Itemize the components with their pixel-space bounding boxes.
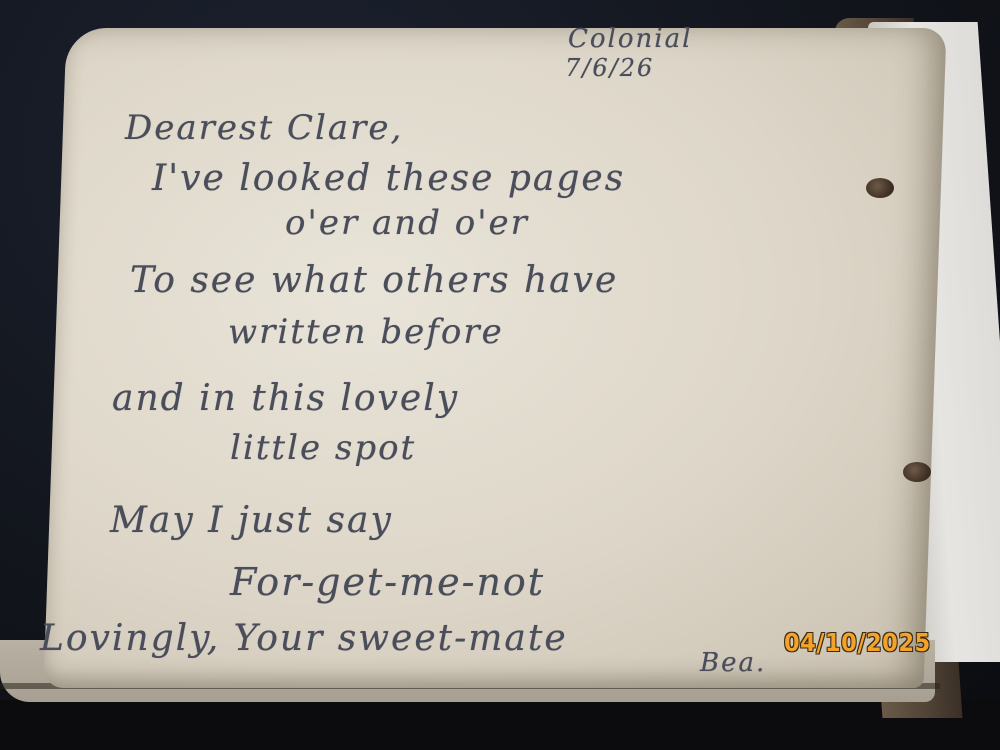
inscription-line: and in this lovely — [112, 378, 459, 419]
inscription-line: written before — [228, 312, 504, 352]
inscription-line: little spot — [230, 428, 416, 468]
binding-cord-knot — [903, 462, 931, 482]
table-surface — [0, 700, 1000, 750]
inscription-line: I've looked these pages — [152, 158, 625, 199]
header-date: 7/6/26 — [565, 54, 654, 82]
inscription-line: To see what others have — [130, 260, 618, 301]
inscription-signature: Bea. — [700, 648, 766, 678]
inscription-line: Dearest Clare, — [125, 108, 403, 148]
inscription-line: For-get-me-not — [230, 560, 545, 604]
camera-date-stamp: 04/10/2025 — [784, 628, 931, 657]
header-place: Colonial — [568, 24, 692, 54]
inscription-signoff: Lovingly, Your sweet-mate — [40, 618, 568, 659]
inscription-line: May I just say — [110, 500, 393, 541]
binding-cord-knot — [866, 178, 894, 198]
inscription-line: o'er and o'er — [285, 203, 529, 243]
